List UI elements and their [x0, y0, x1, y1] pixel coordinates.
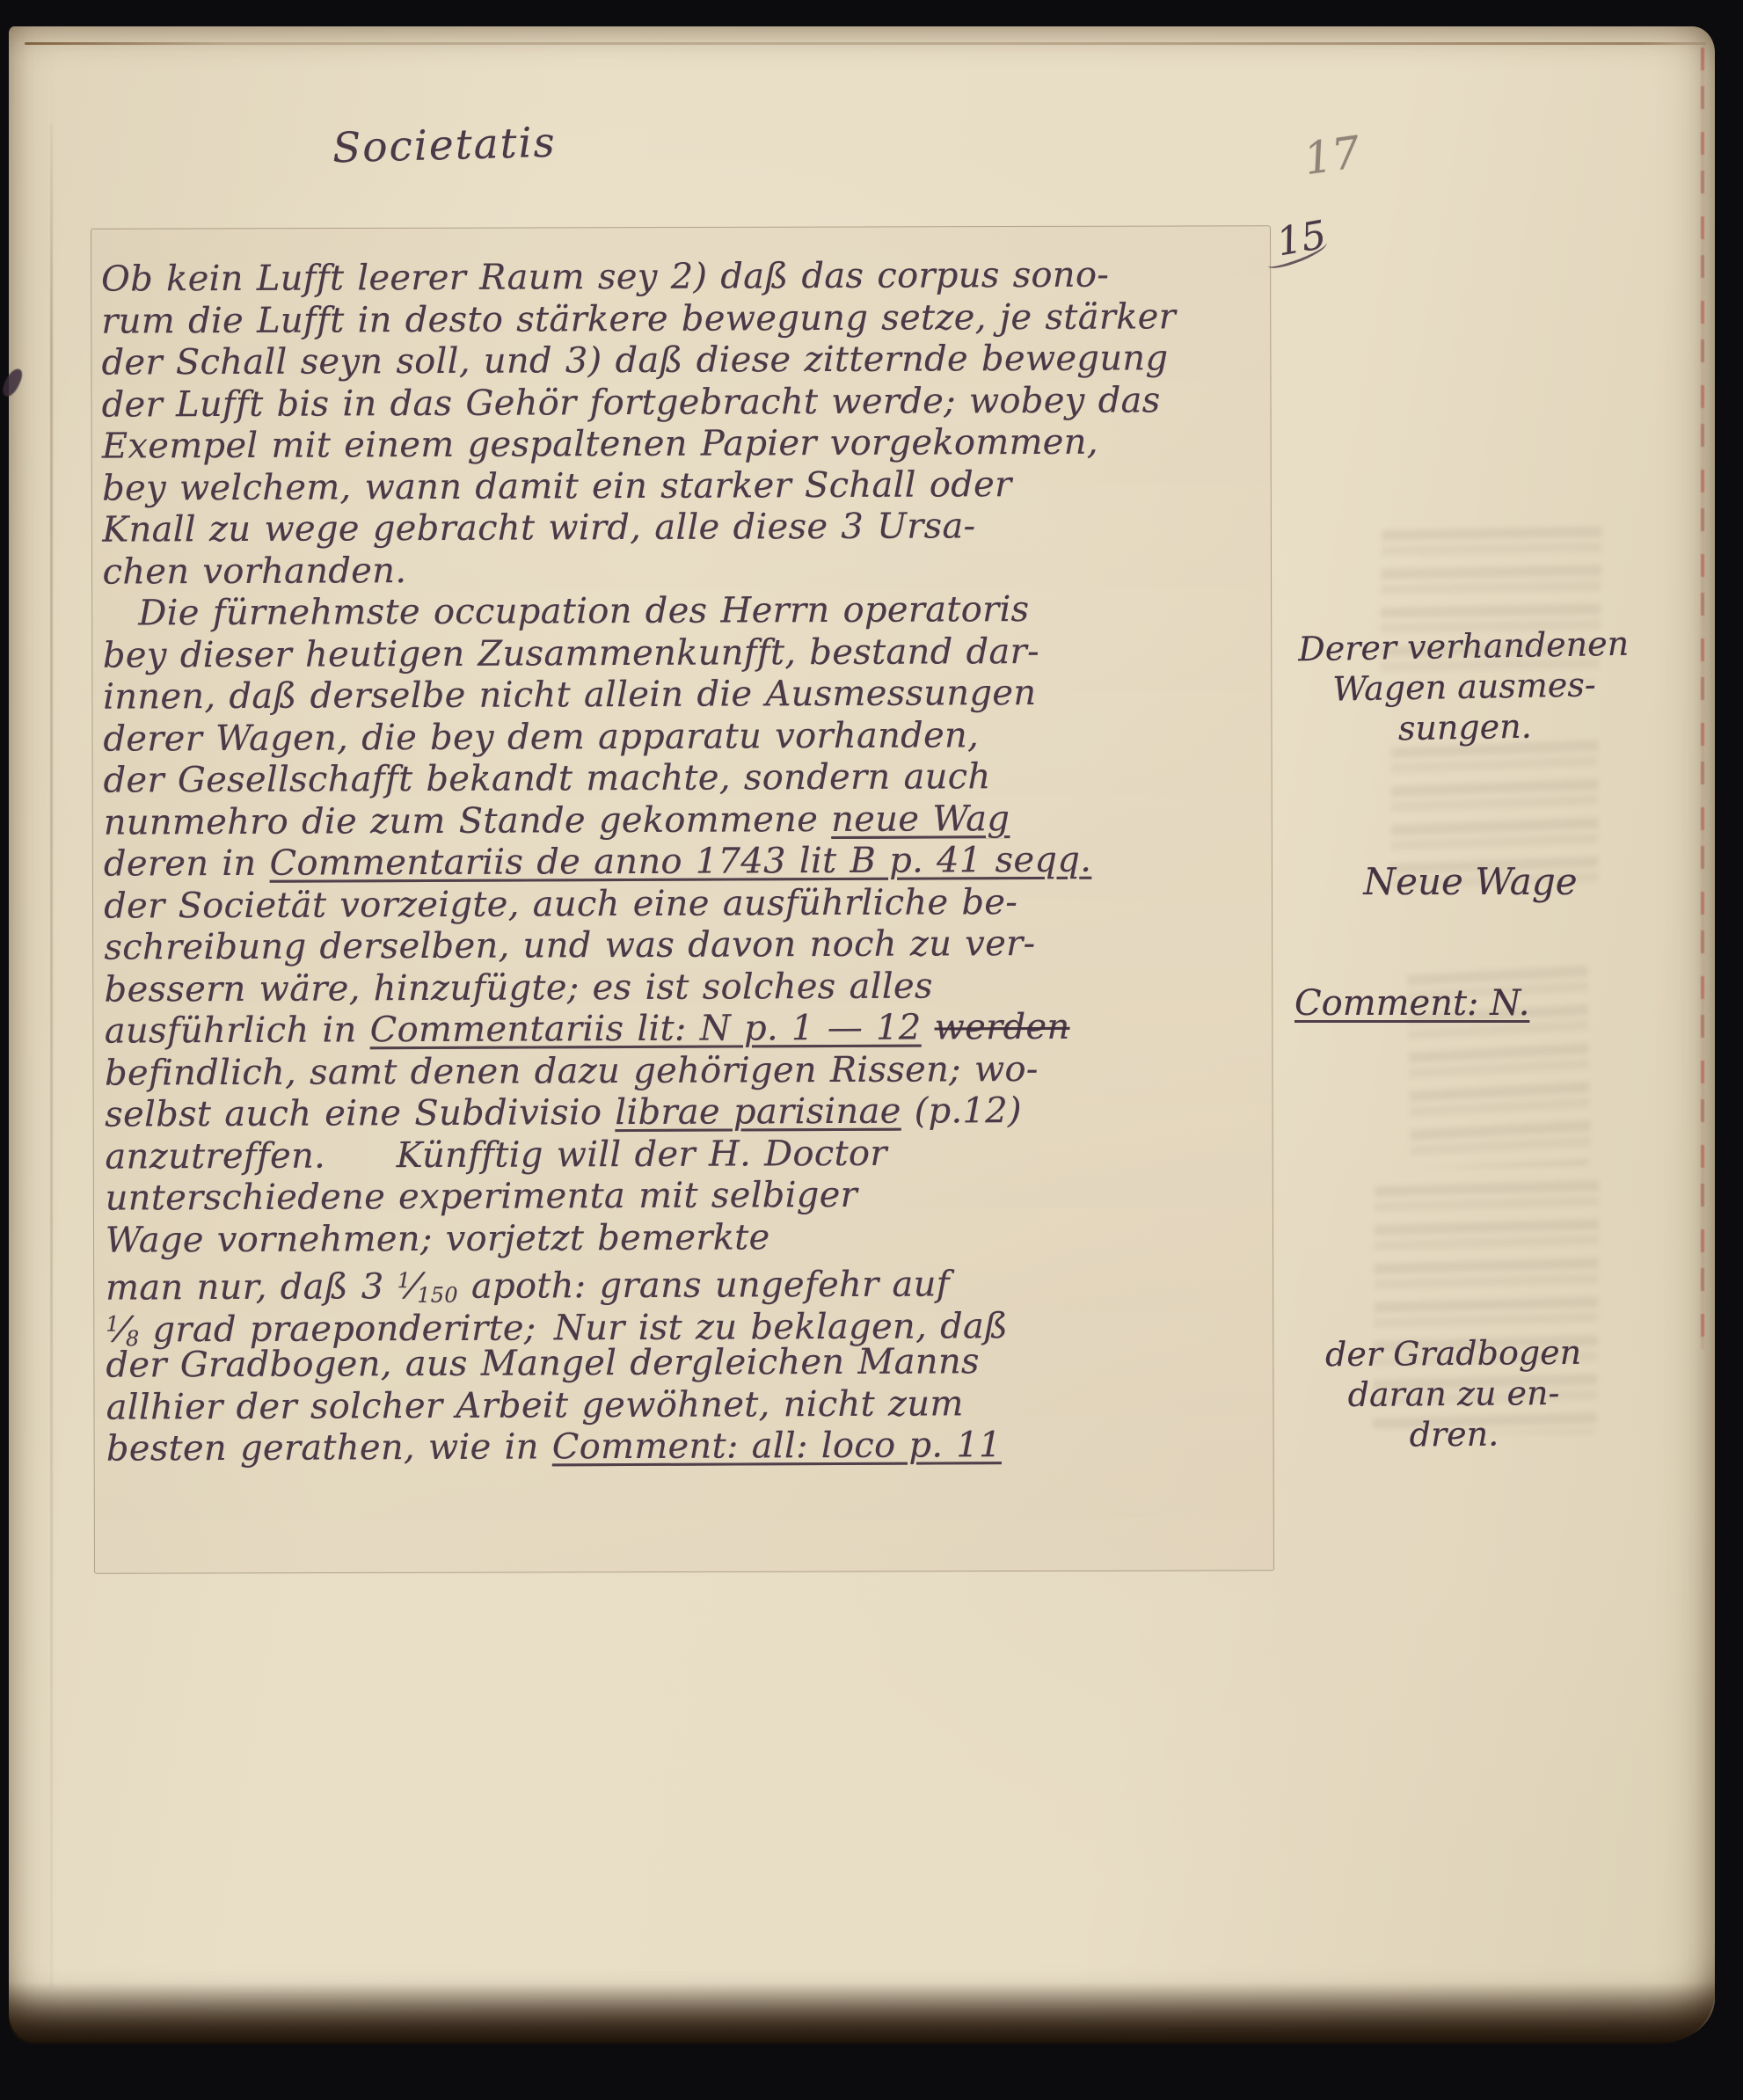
text-segment: ausführlich in	[105, 1010, 370, 1051]
text-segment: anzutreffen. Künfftig will der H. Doctor	[105, 1133, 886, 1177]
text-segment: Wage vornehmen; vorjetzt bemerkte	[106, 1217, 770, 1260]
manuscript-line: besten gerathen, wie in Comment: all: lo…	[106, 1424, 1162, 1470]
text-segment: selbst auch eine Subdivisio	[105, 1092, 615, 1135]
manuscript-line: allhier der solcher Arbeit gewöhnet, nic…	[106, 1382, 1162, 1429]
text-segment: der Gradbogen, aus Mangel dergleichen Ma…	[106, 1341, 980, 1385]
text-segment: (p.12)	[901, 1090, 1022, 1132]
manuscript-line: rum die Lufft in desto stärkere bewegung…	[101, 296, 1156, 343]
text-segment: deren in	[104, 843, 270, 885]
manuscript-line: der Schall seyn soll, und 3) daß diese z…	[101, 338, 1156, 384]
text-segment: librae parisinae	[615, 1091, 901, 1133]
manuscript-line: Wage vornehmen; vorjetzt bemerkte	[106, 1215, 1161, 1262]
page-top-edge-line	[25, 42, 1706, 45]
text-segment: Exempel mit einem gespaltenen Papier vor…	[102, 422, 1098, 467]
text-segment: Ob kein Lufft leerer Raum sey 2) daß das…	[101, 255, 1109, 300]
text-segment: bessern wäre, hinzufügte; es ist solches…	[105, 966, 933, 1010]
page-number-pencil: 17	[1301, 127, 1363, 185]
text-segment: der Schall seyn soll, und 3) daß diese z…	[101, 338, 1168, 383]
page-edge-marbling-line	[1701, 47, 1704, 1349]
manuscript-line: anzutreffen. Künfftig will der H. Doctor	[105, 1132, 1160, 1178]
text-segment: Comment: all: loco p. 11	[552, 1425, 1002, 1467]
manuscript-line: unterschiedene experimenta mit selbiger	[106, 1173, 1161, 1220]
scanned-manuscript-page: Societatis 17 15 Ob kein Lufft leerer Ra…	[9, 26, 1715, 2042]
binding-crease	[50, 123, 53, 1987]
text-segment: befindlich, samt denen dazu gehörigen Ri…	[105, 1048, 1039, 1093]
manuscript-line: schreibung derselben, und was davon noch…	[104, 922, 1159, 969]
margin-note-line: Comment: N.	[1294, 983, 1576, 1024]
margin-note-neue-wage: Neue Wage	[1338, 862, 1602, 902]
text-segment: der Societät vorzeigte, auch eine ausfüh…	[104, 882, 1017, 927]
text-segment: Derer verhandenen	[1298, 624, 1630, 669]
manuscript-line: der Gradbogen, aus Mangel dergleichen Ma…	[106, 1340, 1161, 1387]
manuscript-line: innen, daß derselbe nicht allein die Aus…	[103, 672, 1158, 718]
text-segment: schreibung derselben, und was davon noch…	[104, 923, 1035, 968]
text-segment: nunmehro die zum Stande gekommene	[104, 799, 832, 843]
manuscript-line: bey dieser heutigen Zusammenkunfft, best…	[103, 631, 1158, 677]
margin-note-gradbogen: der Gradbogendaran zu en-dren.	[1281, 1331, 1625, 1455]
ink-mark	[0, 366, 25, 399]
text-segment: daran zu en-	[1347, 1374, 1559, 1414]
text-segment: dren.	[1409, 1415, 1499, 1455]
manuscript-line: bessern wäre, hinzufügte; es ist solches…	[105, 965, 1160, 1011]
manuscript-line: man nur, daß 3 1⁄150 apoth: grans ungefe…	[106, 1257, 1161, 1303]
manuscript-line: derer Wagen, die bey dem apparatu vorhan…	[103, 714, 1158, 761]
text-segment: werden	[935, 1007, 1070, 1048]
manuscript-line: Knall zu wege gebracht wird, alle diese …	[102, 505, 1157, 551]
manuscript-line: chen vorhanden.	[102, 547, 1157, 594]
manuscript-line: selbst auch eine Subdivisio librae paris…	[105, 1090, 1160, 1136]
page-number-ink: 15	[1273, 213, 1330, 266]
margin-note-line: Derer verhandenen	[1292, 623, 1636, 670]
text-segment: Neue Wage	[1363, 860, 1577, 903]
fraction: 1⁄8	[106, 1309, 139, 1350]
text-segment: der Gesellschafft bekandt machte, sonder…	[103, 756, 990, 800]
margin-note-comment-n: Comment: N.	[1294, 983, 1576, 1024]
text-segment: sungen.	[1398, 707, 1533, 748]
text-segment: der Gradbogen	[1325, 1333, 1581, 1374]
margin-note-wagen: Derer verhandenenWagen ausmes-sungen.	[1292, 623, 1637, 751]
manuscript-line: Ob kein Lufft leerer Raum sey 2) daß das…	[101, 254, 1156, 301]
text-segment	[921, 1007, 934, 1047]
text-segment: Commentariis de anno 1743 lit B p. 41 se…	[269, 840, 1091, 884]
manuscript-line: Exempel mit einem gespaltenen Papier vor…	[102, 421, 1157, 468]
text-segment: derer Wagen, die bey dem apparatu vorhan…	[103, 715, 979, 759]
text-segment: Commentariis lit: N p. 1 — 12	[370, 1008, 922, 1051]
manuscript-line: befindlich, samt denen dazu gehörigen Ri…	[105, 1048, 1160, 1095]
margin-note-line: sungen.	[1293, 704, 1637, 751]
manuscript-line: bey welchem, wann damit ein starker Scha…	[102, 463, 1157, 510]
manuscript-line: ausführlich in Commentariis lit: N p. 1 …	[105, 1006, 1160, 1053]
text-segment: chen vorhanden.	[102, 551, 406, 593]
manuscript-line: der Lufft bis in das Gehör fortgebracht …	[102, 380, 1157, 427]
text-segment: unterschiedene experimenta mit selbiger	[106, 1175, 858, 1219]
text-segment: rum die Lufft in desto stärkere bewegung…	[101, 296, 1176, 341]
text-segment: Wagen ausmes-	[1332, 665, 1596, 708]
margin-note-line: Neue Wage	[1338, 862, 1602, 902]
manuscript-line: Die fürnehmste occupation des Herrn oper…	[103, 588, 1158, 635]
manuscript-line: der Gesellschafft bekandt machte, sonder…	[103, 755, 1158, 802]
manuscript-line: 1⁄8 grad praeponderirte; Nur ist zu bekl…	[106, 1299, 1161, 1345]
page-title: Societatis	[332, 119, 557, 173]
manuscript-line: deren in Commentariis de anno 1743 lit B…	[104, 839, 1159, 886]
text-segment: innen, daß derselbe nicht allein die Aus…	[103, 673, 1036, 718]
page-bottom-shadow	[9, 1982, 1715, 2044]
text-segment: bey dieser heutigen Zusammenkunfft, best…	[103, 631, 1039, 675]
text-segment: Die fürnehmste occupation des Herrn oper…	[103, 589, 1030, 634]
fraction: 1⁄150	[397, 1266, 457, 1307]
text-segment: bey welchem, wann damit ein starker Scha…	[102, 464, 1012, 509]
margin-note-line: daran zu en-	[1282, 1372, 1625, 1415]
text-segment: neue Wag	[831, 798, 1010, 840]
text-segment: Comment: N.	[1294, 983, 1529, 1024]
manuscript-line: der Societät vorzeigte, auch eine ausfüh…	[104, 881, 1159, 928]
margin-note-line: dren.	[1282, 1412, 1625, 1455]
text-segment: allhier der solcher Arbeit gewöhnet, nic…	[106, 1383, 964, 1427]
margin-note-line: Wagen ausmes-	[1293, 664, 1637, 711]
text-segment: der Lufft bis in das Gehör fortgebracht …	[102, 380, 1161, 425]
text-segment: besten gerathen, wie in	[106, 1426, 552, 1469]
manuscript-line: nunmehro die zum Stande gekommene neue W…	[104, 798, 1159, 844]
text-segment: Knall zu wege gebracht wird, alle diese …	[102, 506, 975, 550]
margin-note-line: der Gradbogen	[1281, 1331, 1624, 1374]
manuscript-lines: Ob kein Lufft leerer Raum sey 2) daß das…	[101, 254, 1162, 1470]
